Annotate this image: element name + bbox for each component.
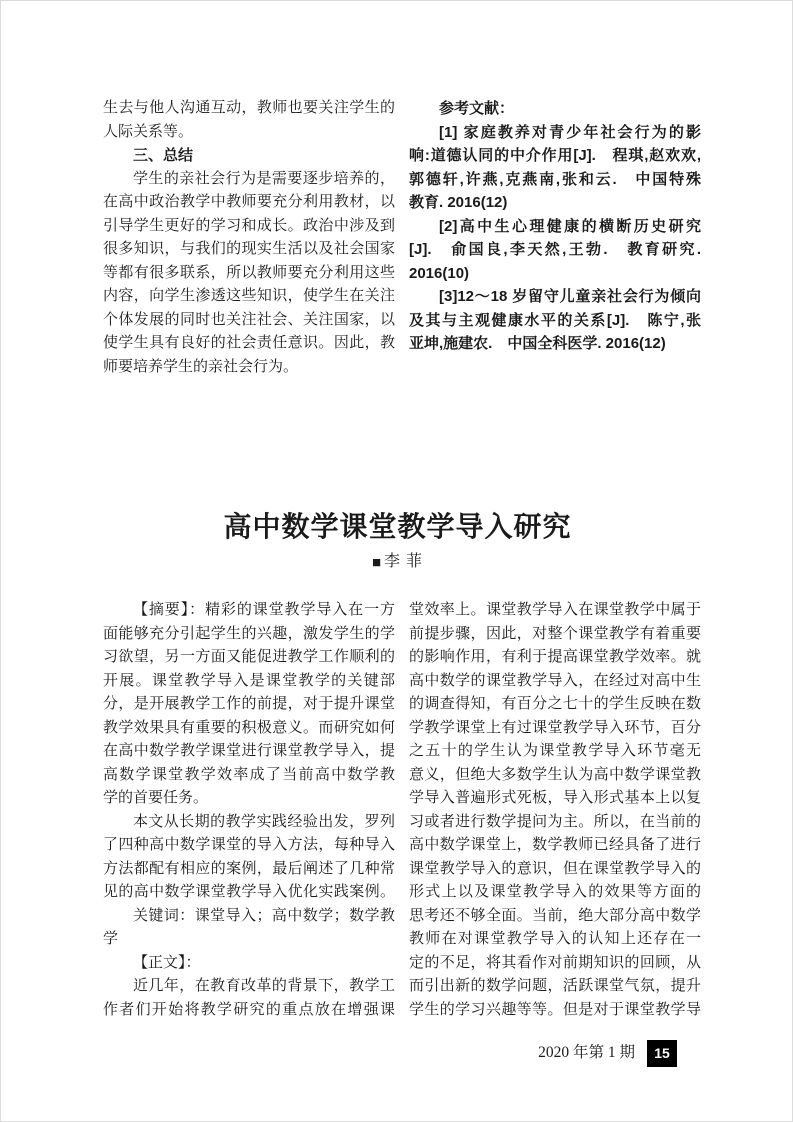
text-line: 习或者进行数学提问为主。所以，在当前的: [409, 811, 701, 835]
text-line: 关键词：课堂导入；高中数学；数学教: [103, 905, 395, 929]
text-line: 师要培养学生的亲社会行为。: [103, 356, 395, 380]
text-line: 等都有很多联系，所以教师要充分利用这些: [103, 262, 395, 286]
text-line: 的影响作用，有利于提高课堂教学效率。就: [409, 646, 701, 670]
text-line: 思考还不够全面。当前，绝大部分高中数学: [409, 905, 701, 929]
text-line: 习欲望，另一方面又能促进教学工作顺利的: [103, 646, 395, 670]
text-line: [1] 家庭教养对青少年社会行为的影: [409, 121, 701, 145]
journal-page: 生去与他人沟通互动，教师也要关注学生的人际关系等。三、总结学生的亲社会行为是需要…: [0, 0, 793, 1122]
top-left-text-column: 生去与他人沟通互动，教师也要关注学生的人际关系等。三、总结学生的亲社会行为是需要…: [103, 97, 395, 379]
text-line: 高数学课堂教学效率成了当前高中数学教: [103, 764, 395, 788]
author-line: ■李 菲: [1, 551, 793, 574]
text-line: [J]. 俞国良,李天然,王勃. 教育研究.: [409, 238, 701, 262]
author-name: 李 菲: [384, 553, 423, 570]
text-line: 方法都配有相应的案例，最后阐述了几种常: [103, 858, 395, 882]
text-line: 学生的亲社会行为是需要逐步培养的，: [103, 168, 395, 192]
text-line: 三、总结: [103, 144, 395, 168]
text-line: 教育. 2016(12): [409, 191, 701, 215]
text-line: 而引出新的数学问题，活跃课堂气氛，提升: [409, 975, 701, 999]
text-line: 在高中政治教学中教师要充分利用教材，以: [103, 191, 395, 215]
text-line: 前提步骤，因此，对整个课堂教学有着重要: [409, 623, 701, 647]
text-line: 人际关系等。: [103, 121, 395, 145]
text-line: 高中数学的课堂教学导入，在经过对高中生: [409, 670, 701, 694]
article-header: 高中数学课堂教学导入研究 ■李 菲: [1, 511, 793, 574]
text-line: 生去与他人沟通互动，教师也要关注学生的: [103, 97, 395, 121]
text-line: 学: [103, 928, 395, 952]
text-line: 的调查得知，有百分之七十的学生反映在数: [409, 693, 701, 717]
text-line: 2016(10): [409, 262, 701, 286]
page-footer: 2020 年第 1 期 15: [1, 1039, 677, 1067]
article-title: 高中数学课堂教学导入研究: [1, 511, 793, 545]
text-line: 学生的学习兴趣等等。但是对于课堂教学导: [409, 999, 701, 1023]
text-line: 本文从长期的教学实践经验出发，罗列: [103, 811, 395, 835]
references-column: 参考文献：[1] 家庭教养对青少年社会行为的影响:道德认同的中介作用[J]. 程…: [409, 97, 701, 356]
text-line: 学导入普遍形式死板，导入形式基本上以复: [409, 787, 701, 811]
text-line: 课堂教学导入的意识，但在课堂教学导入的: [409, 858, 701, 882]
text-line: 意义，但绝大多数学生认为高中数学课堂教: [409, 764, 701, 788]
text-line: 见的高中数学课堂教学导入优化实践案例。: [103, 881, 395, 905]
text-line: 学教学课堂上有过课堂教学导入环节，百分: [409, 717, 701, 741]
text-line: 使学生具有良好的社会责任意识。因此，教: [103, 332, 395, 356]
text-line: 内容，向学生渗透这些知识，使学生在关注: [103, 285, 395, 309]
text-line: 近几年，在教育改革的背景下，教学工: [103, 975, 395, 999]
page-number-badge: 15: [647, 1040, 677, 1067]
text-line: 个体发展的同时也关注社会、关注国家，以: [103, 309, 395, 333]
text-line: [3]12～18 岁留守儿童亲社会行为倾向: [409, 285, 701, 309]
text-line: 【正文】：: [103, 952, 395, 976]
text-line: 了四种高中数学课堂的导入方法，每种导入: [103, 834, 395, 858]
text-line: 学的首要任务。: [103, 787, 395, 811]
abstract-column: 【摘要】：精彩的课堂教学导入在一方面能够充分引起学生的兴趣，激发学生的学习欲望，…: [103, 599, 395, 1022]
text-line: 引导学生更好的学习和成长。政治中涉及到: [103, 215, 395, 239]
text-line: 很多知识，与我们的现实生活以及社会国家: [103, 238, 395, 262]
text-line: 面能够充分引起学生的兴趣，激发学生的学: [103, 623, 395, 647]
text-line: 开展。课堂教学导入是课堂教学的关键部: [103, 670, 395, 694]
text-line: 之五十的学生认为课堂教学导入环节毫无: [409, 740, 701, 764]
text-line: 【摘要】：精彩的课堂教学导入在一方: [103, 599, 395, 623]
text-line: 郭德轩,许燕,克燕南,张和云. 中国特殊: [409, 168, 701, 192]
text-line: 分，是开展教学工作的前提，对于提升课堂: [103, 693, 395, 717]
text-line: 亚坤,施建农. 中国全科医学. 2016(12): [409, 332, 701, 356]
author-square-icon: ■: [372, 552, 382, 574]
text-line: 教学效果具有重要的积极意义。而研究如何: [103, 717, 395, 741]
journal-issue: 2020 年第 1 期: [538, 1039, 635, 1067]
text-line: 堂效率上。课堂教学导入在课堂教学中属于: [409, 599, 701, 623]
text-line: 及其与主观健康水平的关系[J]. 陈宁,张: [409, 309, 701, 333]
text-line: [2]高中生心理健康的横断历史研究: [409, 215, 701, 239]
text-line: 高中数学课堂上，数学教师已经具备了进行: [409, 834, 701, 858]
text-line: 形式上以及课堂教学导入的效果等方面的: [409, 881, 701, 905]
body-text-column: 堂效率上。课堂教学导入在课堂教学中属于前提步骤，因此，对整个课堂教学有着重要的影…: [409, 599, 701, 1022]
text-line: 作者们开始将教学研究的重点放在增强课: [103, 999, 395, 1023]
text-line: 参考文献：: [409, 97, 701, 121]
text-line: 教师在对课堂教学导入的认知上还存在一: [409, 928, 701, 952]
text-line: 定的不足，将其看作对前期知识的回顾，从: [409, 952, 701, 976]
text-line: 响:道德认同的中介作用[J]. 程琪,赵欢欢,: [409, 144, 701, 168]
text-line: 在高中数学教学课堂进行课堂教学导入，提: [103, 740, 395, 764]
